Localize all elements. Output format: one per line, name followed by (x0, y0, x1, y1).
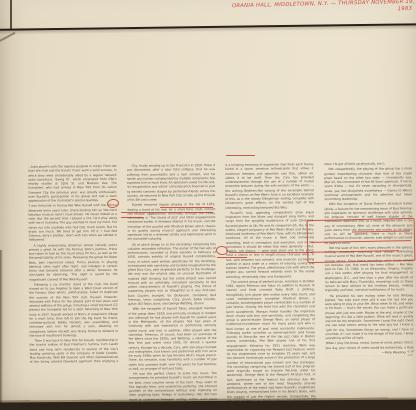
liner-paragraph: All of which brings us to the recordings… (127, 242, 216, 307)
liner-paragraph: notes. He got all bent up physically, to… (323, 161, 412, 166)
liner-paragraph: …tuba players with this express purpose … (28, 164, 117, 203)
liner-notes-column-2: City, finally winding up in San Francisc… (126, 163, 217, 402)
liner-paragraph: He provided his own eulogy when he told … (325, 293, 414, 341)
liner-paragraph: is a knowing economy of expression that … (225, 162, 314, 210)
liner-paragraph: City, finally winding up in San Francisc… (126, 163, 215, 202)
red-underline-annotation (229, 252, 313, 253)
liner-paragraph: Following a six months' stand at the clu… (29, 282, 118, 338)
liner-notes-column-1: …tuba players with this express purpose … (28, 164, 118, 365)
liner-paragraph: With the exception of bassist Takas, you… (128, 306, 217, 371)
liner-notes-column-3: is a knowing economy of expression that … (225, 162, 316, 401)
liner-paragraph: Then it was back to New York for Russell… (29, 338, 118, 365)
red-underline-annotation (121, 212, 213, 213)
liner-notes: …tuba players with this express purpose … (28, 161, 414, 402)
red-underline-annotation (226, 155, 255, 156)
red-underline-annotation (121, 217, 143, 218)
liner-paragraph: Russell's taut, appealing compositions d… (225, 210, 314, 279)
liner-paragraph: Russell resumed regular playing in the f… (127, 202, 216, 241)
page-edge-shadow (0, 250, 3, 410)
red-underline-annotation (160, 207, 213, 208)
corner-crease-line (10, 0, 12, 29)
liner-paragraph: He was the perfect choice to score this … (128, 371, 217, 402)
author-credit: —Pete Welding (326, 349, 408, 356)
red-underline-annotation (217, 257, 247, 258)
liner-paragraph: 'I was fortunate in having Pee Wee Russe… (28, 203, 117, 242)
liner-paragraph: The second group of performances, record… (226, 279, 316, 401)
liner-paragraph: Not unexpectedly, the playing of this gr… (324, 167, 413, 202)
photo-of-album-back: ORANIA HALL, MIDDLETOWN, N.Y. — THURSDAY… (0, 0, 416, 410)
liner-paragraph: A highly entertaining showman whose come… (29, 242, 118, 281)
